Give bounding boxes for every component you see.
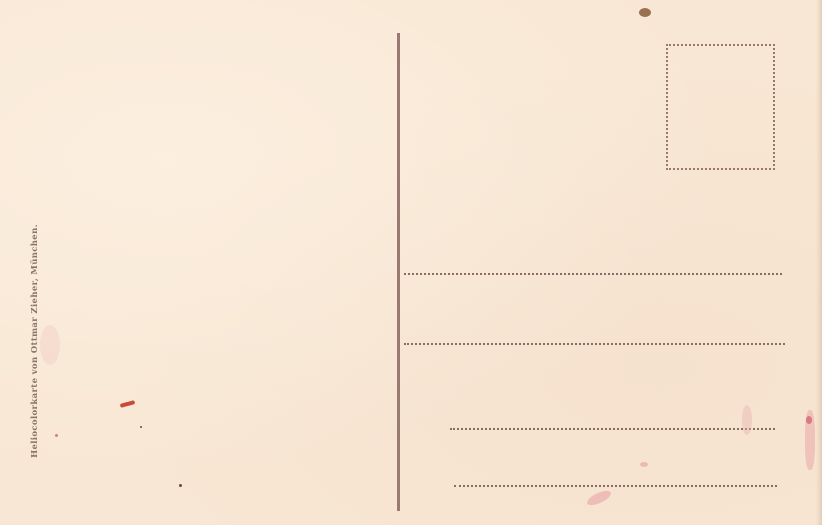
pink-stain — [640, 462, 648, 467]
address-line-3 — [450, 428, 775, 430]
stamp-box — [666, 44, 775, 170]
pink-stain — [742, 405, 752, 435]
publisher-imprint: Heliocolorkarte von Ottmar Zieher, Münch… — [30, 224, 40, 458]
address-line-2 — [404, 343, 785, 345]
postcard-back: Heliocolorkarte von Ottmar Zieher, Münch… — [0, 0, 822, 525]
pink-stain — [806, 416, 812, 424]
speck — [140, 426, 142, 428]
paper-edge-shadow — [816, 0, 822, 525]
pink-stain — [40, 325, 60, 365]
address-line-4 — [454, 485, 777, 487]
center-divider-line — [397, 33, 400, 511]
brown-stain — [639, 8, 651, 17]
red-ink-mark — [120, 400, 136, 408]
speck — [55, 434, 58, 437]
speck — [179, 484, 182, 487]
pink-stain — [585, 488, 613, 508]
address-line-1 — [404, 273, 782, 275]
